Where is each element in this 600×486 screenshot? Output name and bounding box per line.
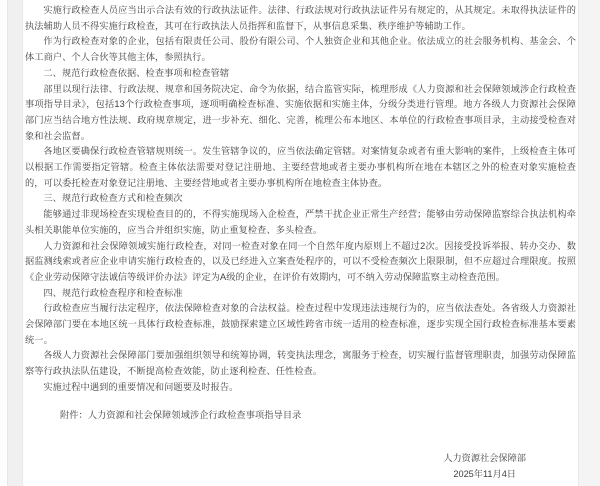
left-margin-gutter (7, 0, 23, 486)
right-margin-gutter (578, 0, 600, 486)
paragraph: 作为行政检查对象的企业，包括有限责任公司、股份有限公司、个人独资企业和其他企业。… (25, 34, 576, 65)
paragraph: 各地区要确保行政检查管辖规则统一。发生管辖争议的，应当依法确定管辖。对案情复杂或… (25, 144, 576, 191)
paragraph: 各级人力资源社会保障部门要加强组织领导和统筹协调，转变执法理念，寓服务于检查，切… (25, 348, 576, 379)
section-heading-3: 三、规范行政检查方式和检查频次 (25, 191, 576, 207)
paragraph: 实施过程中遇到的重要情况和问题要及时报告。 (25, 380, 576, 396)
issuing-authority-signature: 人力资源社会保障部 (25, 451, 576, 467)
paragraph: 部里以现行法律、行政法规、规章和国务院决定、命令为依据，结合监管实际，梳理形成《… (25, 82, 576, 145)
issue-date: 2025年11月4日 (25, 467, 576, 483)
section-heading-4: 四、规范行政检查程序和检查标准 (25, 286, 576, 302)
paragraph: 人力资源和社会保障领域实施行政检查，对同一检查对象在同一个自然年度内原则上不超过… (25, 239, 576, 286)
paragraph: 行政检查应当履行法定程序，依法保障检查对象的合法权益。检查过程中发现违法违规行为… (25, 301, 576, 348)
paragraph: 能够通过非现场检查实现检查目的的，不得实施现场入企检查，严禁干扰企业正常生产经营… (25, 207, 576, 238)
document-page: 实施行政检查人员应当出示合法有效的行政执法证件。法律、行政法规对行政执法证件另有… (24, 0, 578, 486)
paragraph: 实施行政检查人员应当出示合法有效的行政执法证件。法律、行政法规对行政执法证件另有… (25, 3, 576, 34)
attachment-line: 附件：人力资源和社会保障领域涉企行政检查事项指导目录 (25, 408, 576, 424)
section-heading-2: 二、规范行政检查依据、检查事项和检查管辖 (25, 66, 576, 82)
